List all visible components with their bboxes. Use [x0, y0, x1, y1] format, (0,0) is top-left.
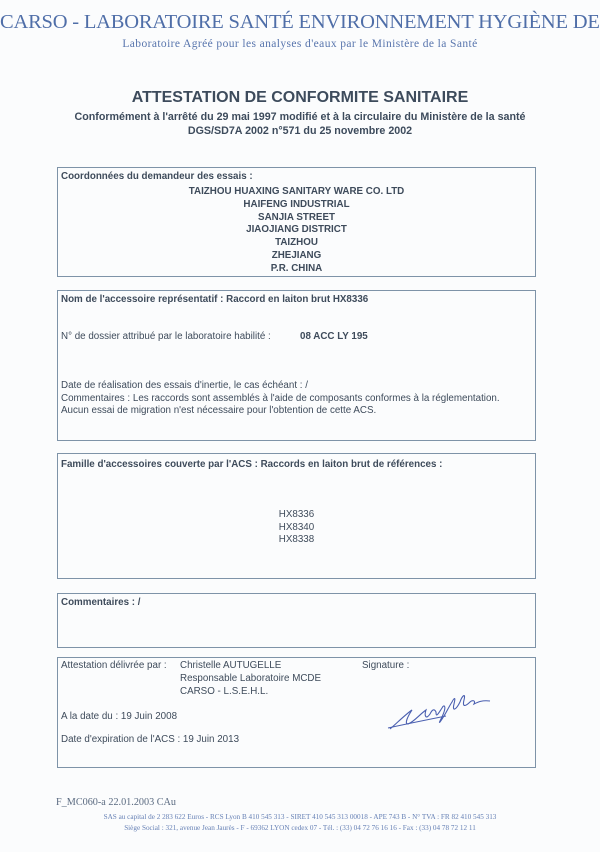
comments-box: Commentaires : / [57, 593, 536, 648]
address-line: P.R. CHINA [58, 263, 535, 276]
reference-list: HX8336 HX8340 HX8338 [58, 509, 535, 547]
applicant-box: Coordonnées du demandeur des essais : TA… [57, 167, 536, 277]
circular-reference: DGS/SD7A 2002 n°571 du 25 novembre 2002 [0, 125, 600, 137]
comments-label: Commentaires : / [61, 597, 141, 608]
signature-image [386, 684, 496, 734]
address-line: JIAOJIANG DISTRICT [58, 224, 535, 237]
document-title: ATTESTATION DE CONFORMITE SANITAIRE [0, 89, 600, 107]
issuer-organization: CARSO - L.S.E.H.L. [180, 686, 268, 697]
issuer-role: Responsable Laboratoire MCDE [180, 673, 321, 684]
applicant-address: TAIZHOU HUAXING SANITARY WARE CO. LTD HA… [58, 186, 535, 276]
address-line: SANJIA STREET [58, 212, 535, 225]
legal-info-line1: SAS au capital de 2 283 622 Euros - RCS … [0, 813, 600, 821]
reference-item: HX8340 [58, 522, 535, 535]
issuer-name: Christelle AUTUGELLE [180, 660, 281, 671]
applicant-label: Coordonnées du demandeur des essais : [61, 171, 253, 182]
dossier-number: 08 ACC LY 195 [300, 331, 368, 342]
lab-subtitle: Laboratoire Agréé pour les analyses d'ea… [0, 38, 600, 50]
signature-label: Signature : [362, 660, 409, 671]
legal-info-line2: Siège Social : 321, avenue Jean Jaurès -… [0, 824, 600, 832]
address-line: ZHEJIANG [58, 250, 535, 263]
form-code: F_MC060-a 22.01.2003 CAu [56, 797, 176, 808]
lab-name: CARSO - LABORATOIRE SANTÉ ENVIRONNEMENT … [0, 11, 600, 34]
issued-by-label: Attestation délivrée par : [61, 660, 167, 671]
issuance-box: Attestation délivrée par : Christelle AU… [57, 657, 536, 768]
expiry-date: Date d'expiration de l'ACS : 19 Juin 201… [61, 734, 239, 745]
dossier-label: N° de dossier attribué par le laboratoir… [61, 331, 271, 342]
issue-date: A la date du : 19 Juin 2008 [61, 711, 177, 722]
accessory-comment-line2: Aucun essai de migration n'est nécessair… [61, 405, 376, 416]
accessory-family-box: Famille d'accessoires couverte par l'ACS… [57, 453, 536, 579]
address-line: HAIFENG INDUSTRIAL [58, 199, 535, 212]
inertia-test-date: Date de réalisation des essais d'inertie… [61, 380, 308, 391]
address-line: TAIZHOU [58, 237, 535, 250]
accessory-comment-line1: Commentaires : Les raccords sont assembl… [61, 393, 500, 404]
family-label: Famille d'accessoires couverte par l'ACS… [61, 459, 442, 470]
reference-item: HX8336 [58, 509, 535, 522]
reference-item: HX8338 [58, 534, 535, 547]
regulation-reference: Conformément à l'arrêté du 29 mai 1997 m… [0, 111, 600, 123]
address-line: TAIZHOU HUAXING SANITARY WARE CO. LTD [58, 186, 535, 199]
accessory-name: Nom de l'accessoire représentatif : Racc… [61, 294, 368, 305]
accessory-box: Nom de l'accessoire représentatif : Racc… [57, 290, 536, 441]
